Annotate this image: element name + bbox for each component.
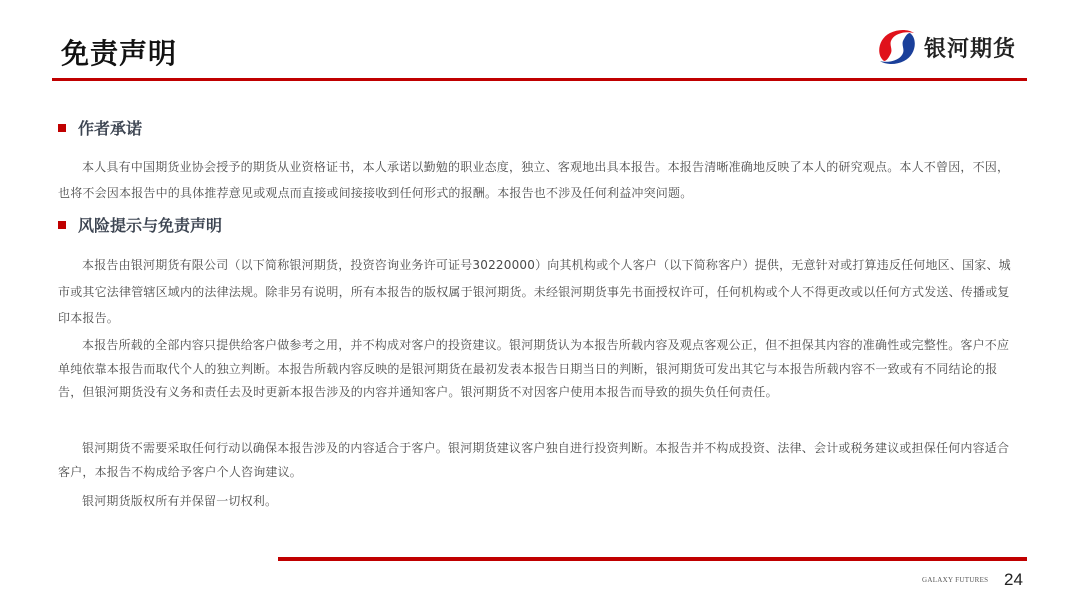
section-heading-label: 风险提示与免责声明 (78, 213, 222, 236)
page-title: 免责声明 (61, 32, 177, 72)
disclaimer-paragraph-3: 银河期货不需要采取任何行动以确保本报告涉及的内容适合于客户。银河期货建议客户独自… (58, 436, 1018, 484)
disclaimer-paragraph-2: 本报告所载的全部内容只提供给客户做参考之用，并不构成对客户的投资建议。银河期货认… (58, 334, 1018, 405)
footer-brand: GALAXY FUTURES (922, 576, 988, 584)
section-heading-label: 作者承诺 (78, 116, 142, 139)
section-heading-author-commitment: 作者承诺 (58, 116, 142, 139)
square-bullet-icon (58, 221, 66, 229)
header-divider (52, 78, 1027, 81)
section-heading-risk-disclaimer: 风险提示与免责声明 (58, 213, 222, 236)
company-logo: 银河期货 (876, 27, 1016, 67)
page-number: 24 (1004, 570, 1023, 590)
footer-divider (278, 557, 1027, 561)
logo-text: 银河期货 (924, 32, 1016, 63)
disclaimer-paragraph-4: 银河期货版权所有并保留一切权利。 (58, 489, 1018, 513)
disclaimer-paragraph-1: 本报告由银河期货有限公司（以下简称银河期货，投资咨询业务许可证号30220000… (58, 252, 1018, 332)
author-commitment-paragraph: 本人具有中国期货业协会授予的期货从业资格证书，本人承诺以勤勉的职业态度，独立、客… (58, 154, 1018, 206)
square-bullet-icon (58, 124, 66, 132)
galaxy-futures-logo-icon (876, 27, 918, 67)
